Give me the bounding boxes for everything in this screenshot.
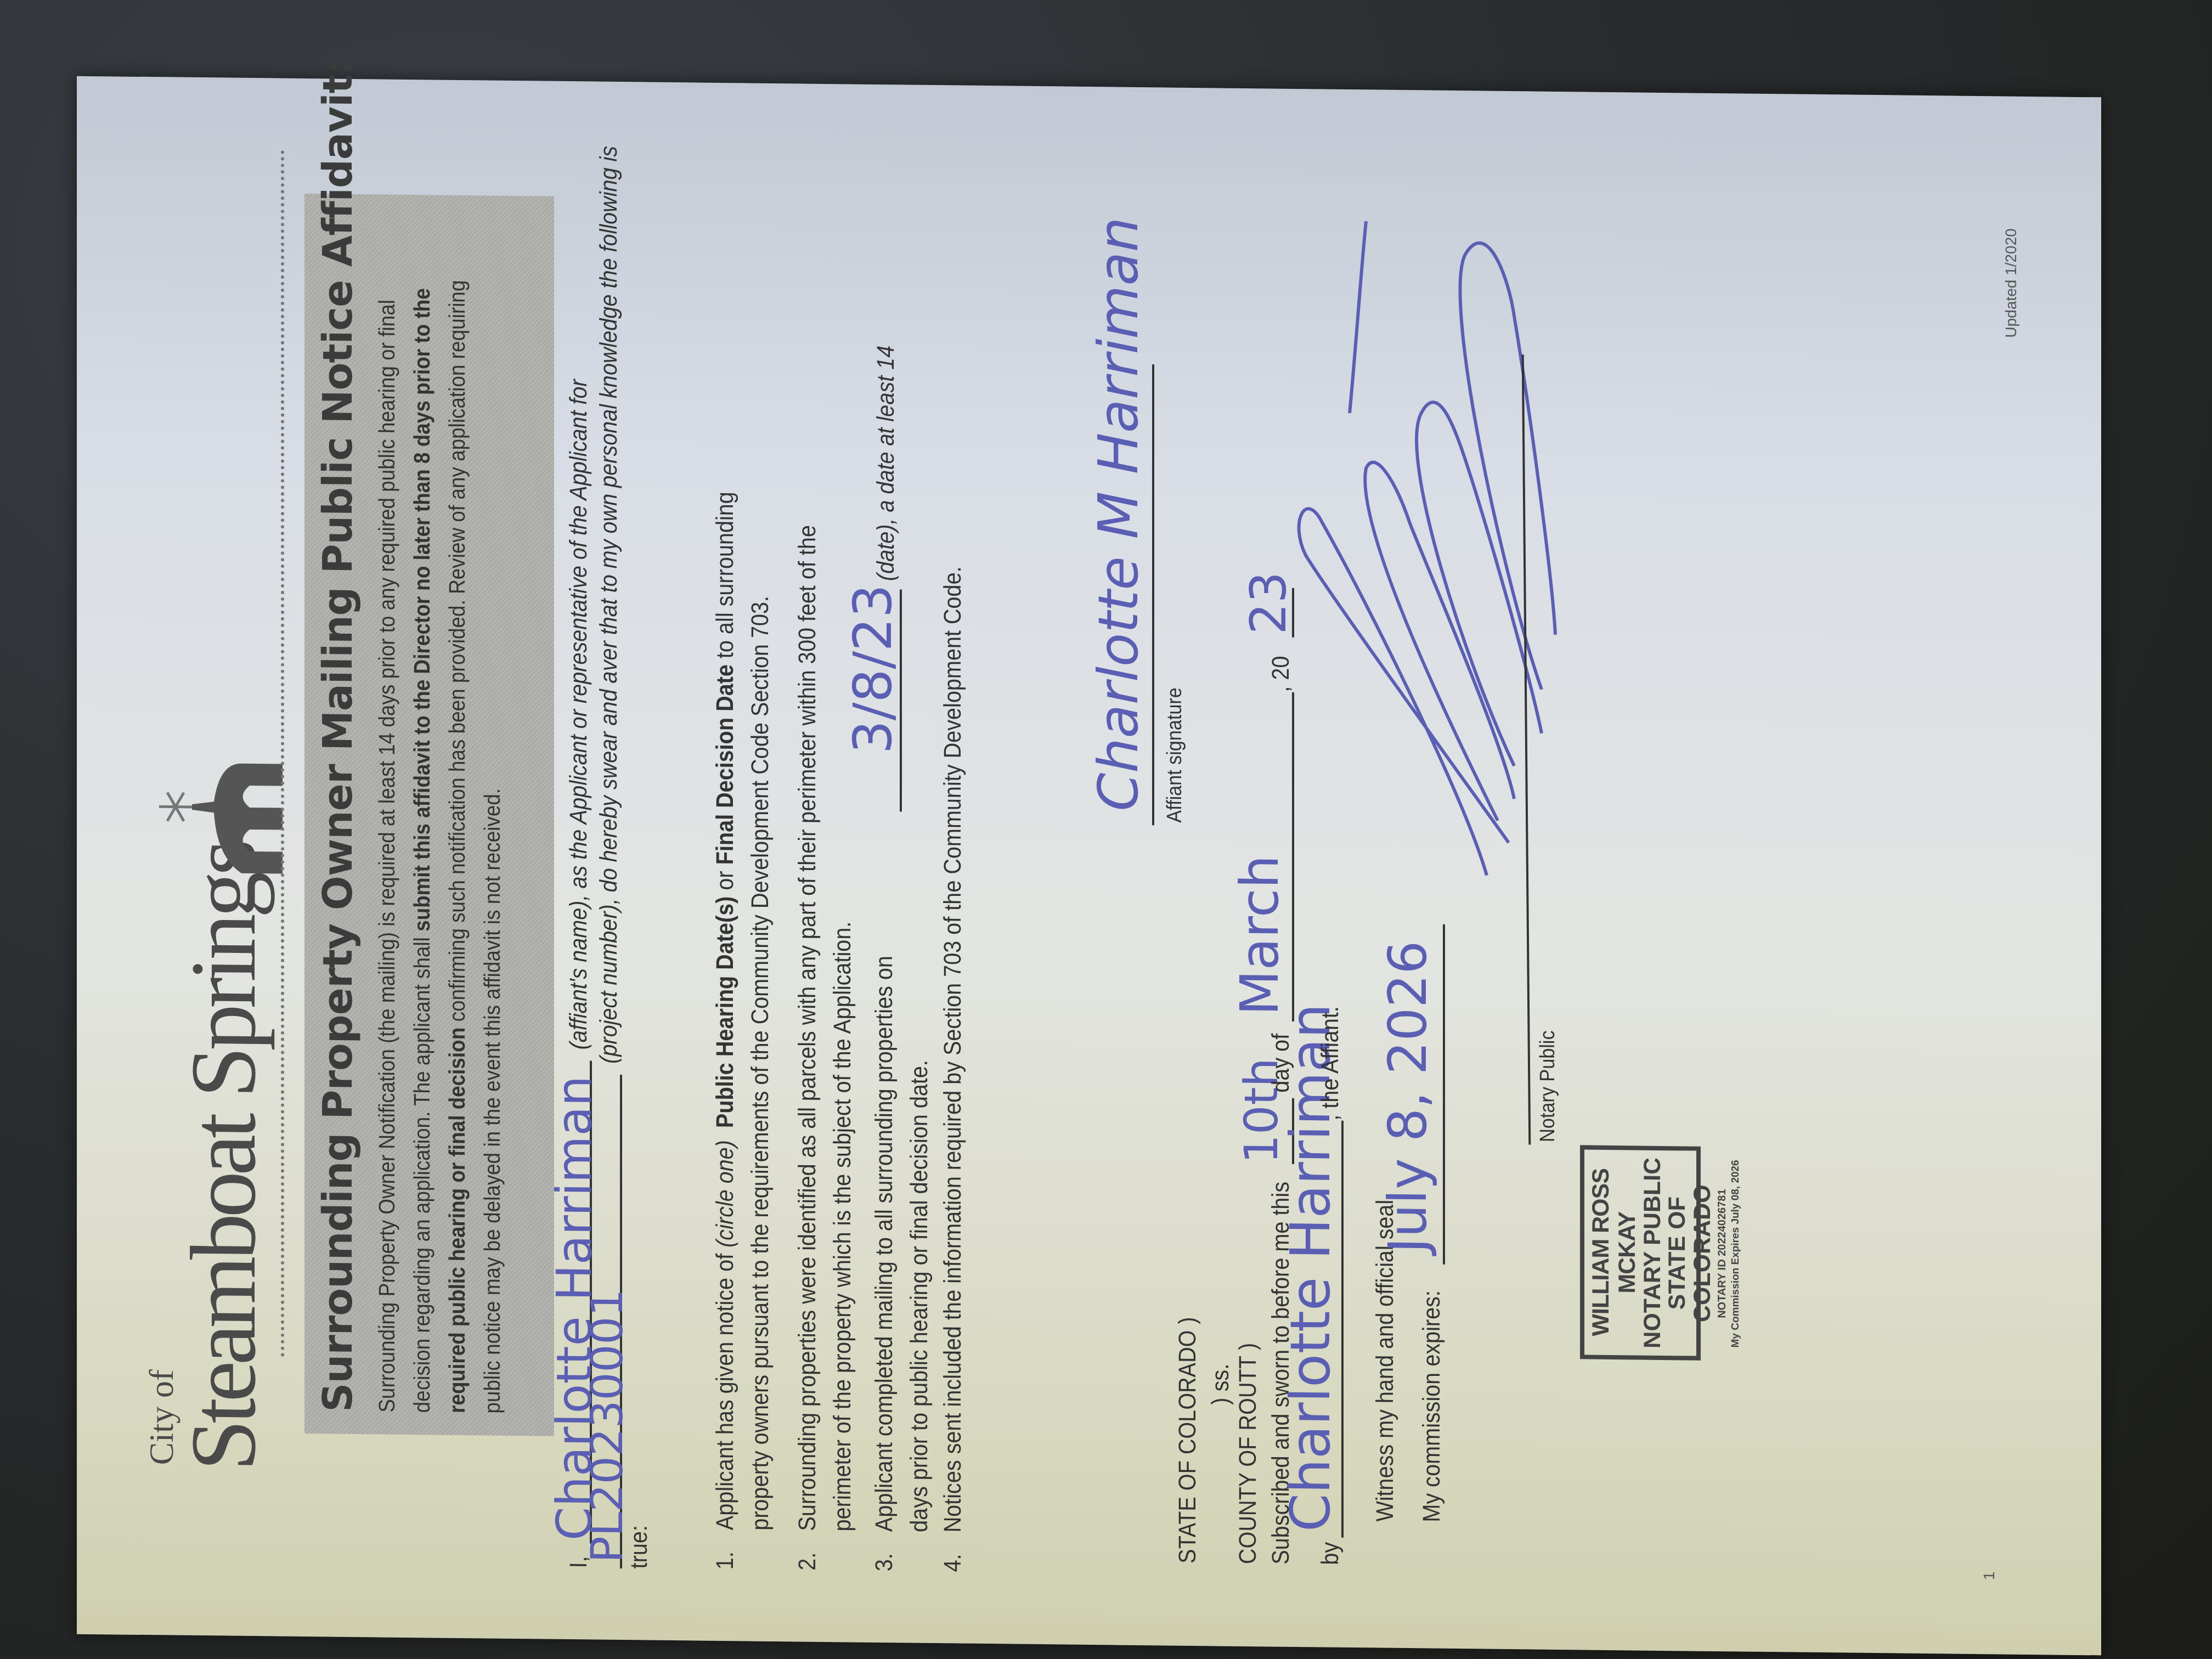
- notary-stamp: WILLIAM ROSS MCKAY NOTARY PUBLIC STATE O…: [1580, 1145, 1701, 1360]
- form-title: Surrounding Property Owner Mailing Publi…: [314, 216, 362, 1412]
- affiant-signature-line: [1152, 364, 1154, 825]
- notice-line-2a: decision regarding an application. The a…: [409, 932, 435, 1413]
- item-text: to all surrounding: [712, 492, 738, 664]
- project-number-handwritten: PL20230001: [582, 1288, 633, 1563]
- list-item: 1.Applicant has given notice of (circle …: [708, 236, 778, 1570]
- stamp-title: NOTARY PUBLIC: [1640, 1150, 1664, 1356]
- notice-line-1: Surrounding Property Owner Notification …: [374, 300, 399, 1413]
- notice-line-4: public notice may be delayed in the even…: [479, 788, 505, 1414]
- item-number: 4.: [935, 1532, 970, 1572]
- notice-instructions: Surrounding Property Owner Notification …: [369, 227, 510, 1414]
- page-number: 1: [1980, 1571, 1998, 1580]
- or-text: or: [712, 865, 738, 896]
- item-text: perimeter of the property which is the s…: [829, 921, 856, 1531]
- notary-signature: [1256, 193, 1564, 909]
- notice-box: Surrounding Property Owner Mailing Publi…: [304, 194, 554, 1436]
- by-text: by: [1317, 1542, 1344, 1565]
- item-text: Applicant has given notice of: [712, 1248, 738, 1531]
- item-text: Applicant completed mailing to all surro…: [871, 956, 898, 1532]
- notice-line-2b: submit this affidavit to the Director no…: [409, 288, 435, 932]
- notice-line-3a: required public hearing or final decisio…: [444, 1027, 470, 1413]
- stamp-name: WILLIAM ROSS MCKAY: [1588, 1150, 1640, 1356]
- notice-line-3b: confirming such notification has been pr…: [444, 280, 470, 1027]
- item-number: 1.: [708, 1530, 743, 1570]
- updated-date: Updated 1/2020: [2002, 228, 2020, 338]
- affiant-signature-label: Affiant signature: [1163, 687, 1187, 823]
- stamp-expires: My Commission Expires July 08, 2026: [1729, 1151, 1742, 1356]
- header-divider: [281, 150, 284, 1357]
- venue-state: STATE OF COLORADO ): [1174, 1317, 1201, 1564]
- stamp-notary-id: NOTARY ID 20224026781: [1715, 1151, 1729, 1356]
- commission-label: My commission expires:: [1418, 1290, 1446, 1522]
- commission-expires-line: [1443, 924, 1445, 1265]
- the-affiant-text: , the Affiant.: [1317, 1006, 1344, 1121]
- item-number: 3.: [867, 1532, 902, 1572]
- item-number: 2.: [790, 1531, 825, 1571]
- affidavit-page: City of Steamboat Springs Surrounding Pr…: [77, 76, 2101, 1656]
- mailing-date-handwritten: 3/8/23: [842, 584, 904, 754]
- list-item: 2.Surrounding properties were identified…: [790, 237, 860, 1571]
- affiant-name-label: (affiant's name), as the Applicant or re…: [565, 379, 592, 1049]
- item-text: Notices sent included the information re…: [939, 566, 966, 1532]
- option-final-decision[interactable]: Final Decision Date: [712, 664, 738, 865]
- city-logo: City of Steamboat Springs: [143, 757, 285, 1472]
- venue-ss: ) ss.: [1207, 1363, 1234, 1404]
- item-text: days prior to public hearing or final de…: [906, 1060, 933, 1532]
- oath-suffix: true:: [625, 1525, 653, 1569]
- project-number-label: (project number), do hereby swear and av…: [595, 146, 623, 1064]
- mailing-date-label: (date), a date at least 14: [872, 346, 900, 582]
- item-text: property owners pursuant to the requirem…: [747, 596, 774, 1531]
- snowflake-boot-logo-icon: [154, 746, 285, 890]
- affiant-signature: Charlotte M Harriman: [1086, 217, 1150, 811]
- notary-public-label: Notary Public: [1536, 1030, 1560, 1142]
- venue-county: COUNTY OF ROUTT ): [1234, 1342, 1262, 1564]
- circle-one-hint: (circle one): [712, 1140, 738, 1248]
- logo-city-name: Steamboat Springs: [170, 843, 277, 1472]
- stamp-state: STATE OF COLORADO: [1664, 1150, 1715, 1356]
- commission-expires-handwritten: July 8, 2026: [1377, 940, 1438, 1254]
- option-public-hearing[interactable]: Public Hearing Date(s): [712, 896, 738, 1128]
- list-item: 4.Notices sent included the information …: [935, 239, 970, 1572]
- item-text: Surrounding properties were identified a…: [794, 525, 821, 1531]
